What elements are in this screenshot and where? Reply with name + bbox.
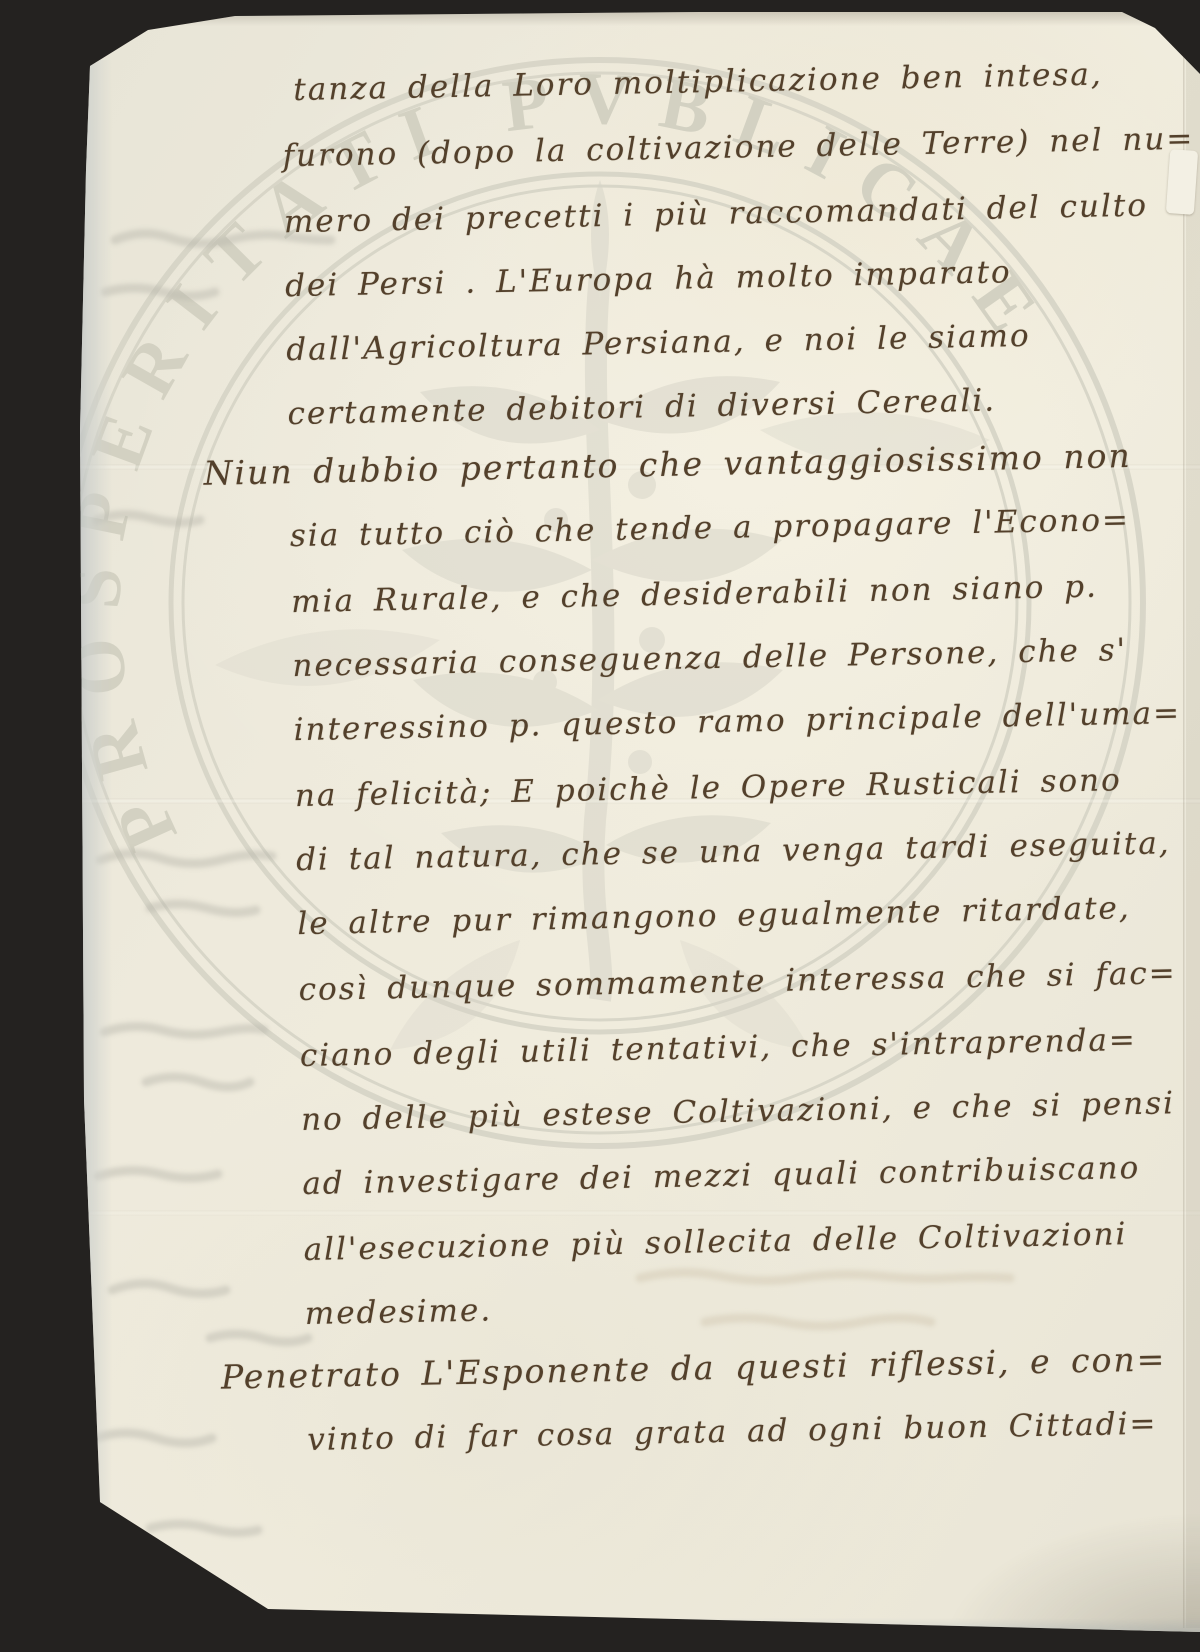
manuscript-text: tanza della Loro moltiplicazione ben int… [0, 0, 1200, 1652]
manuscript-line: medesime. [305, 1292, 493, 1332]
manuscript-line: vinto di far cosa grata ad ogni buon Cit… [307, 1406, 1158, 1458]
manuscript-line: mero dei precetti i più raccomandati del… [284, 188, 1149, 241]
manuscript-line: così dunque sommamente interessa che si … [298, 955, 1177, 1008]
manuscript-line: di tal natura, che se una venga tardi es… [296, 825, 1171, 878]
manuscript-line: certamente debitori di diversi Cereali. [287, 383, 996, 433]
manuscript-line: Penetrato L'Esponente da questi riflessi… [221, 1339, 1167, 1396]
manuscript-line: ad investigare dei mezzi quali contribui… [302, 1150, 1140, 1202]
document-page: PROSPERITATI PVBLICAE [0, 0, 1200, 1652]
manuscript-line: Niun dubbio pertanto che vantaggiosissim… [203, 436, 1132, 493]
manuscript-line: mia Rurale, e che desiderabili non siano… [291, 569, 1098, 620]
manuscript-line: na felicità; E poichè le Opere Rusticali… [295, 762, 1122, 814]
manuscript-line: necessaria conseguenza delle Persone, ch… [292, 632, 1127, 684]
manuscript-line: le altre pur rimangono egualmente ritard… [297, 890, 1131, 942]
manuscript-line: sia tutto ciò che tende a propagare l'Ec… [290, 502, 1131, 554]
scanned-manuscript: PROSPERITATI PVBLICAE [0, 0, 1200, 1652]
manuscript-line: interessino p. questo ramo principale de… [293, 695, 1181, 748]
manuscript-line: dei Persi . L'Europa hà molto imparato [285, 254, 1012, 304]
manuscript-line: dall'Agricoltura Persiana, e noi le siam… [286, 318, 1031, 368]
manuscript-line: no delle più estese Coltivazioni, e che … [301, 1085, 1176, 1138]
manuscript-line: all'esecuzione più sollecita delle Colti… [303, 1216, 1127, 1268]
manuscript-line: ciano degli utili tentativi, che s'intra… [300, 1022, 1138, 1074]
manuscript-line: tanza della Loro moltiplicazione ben int… [293, 56, 1103, 108]
manuscript-line: furono (dopo la coltivazione delle Terre… [282, 121, 1194, 174]
